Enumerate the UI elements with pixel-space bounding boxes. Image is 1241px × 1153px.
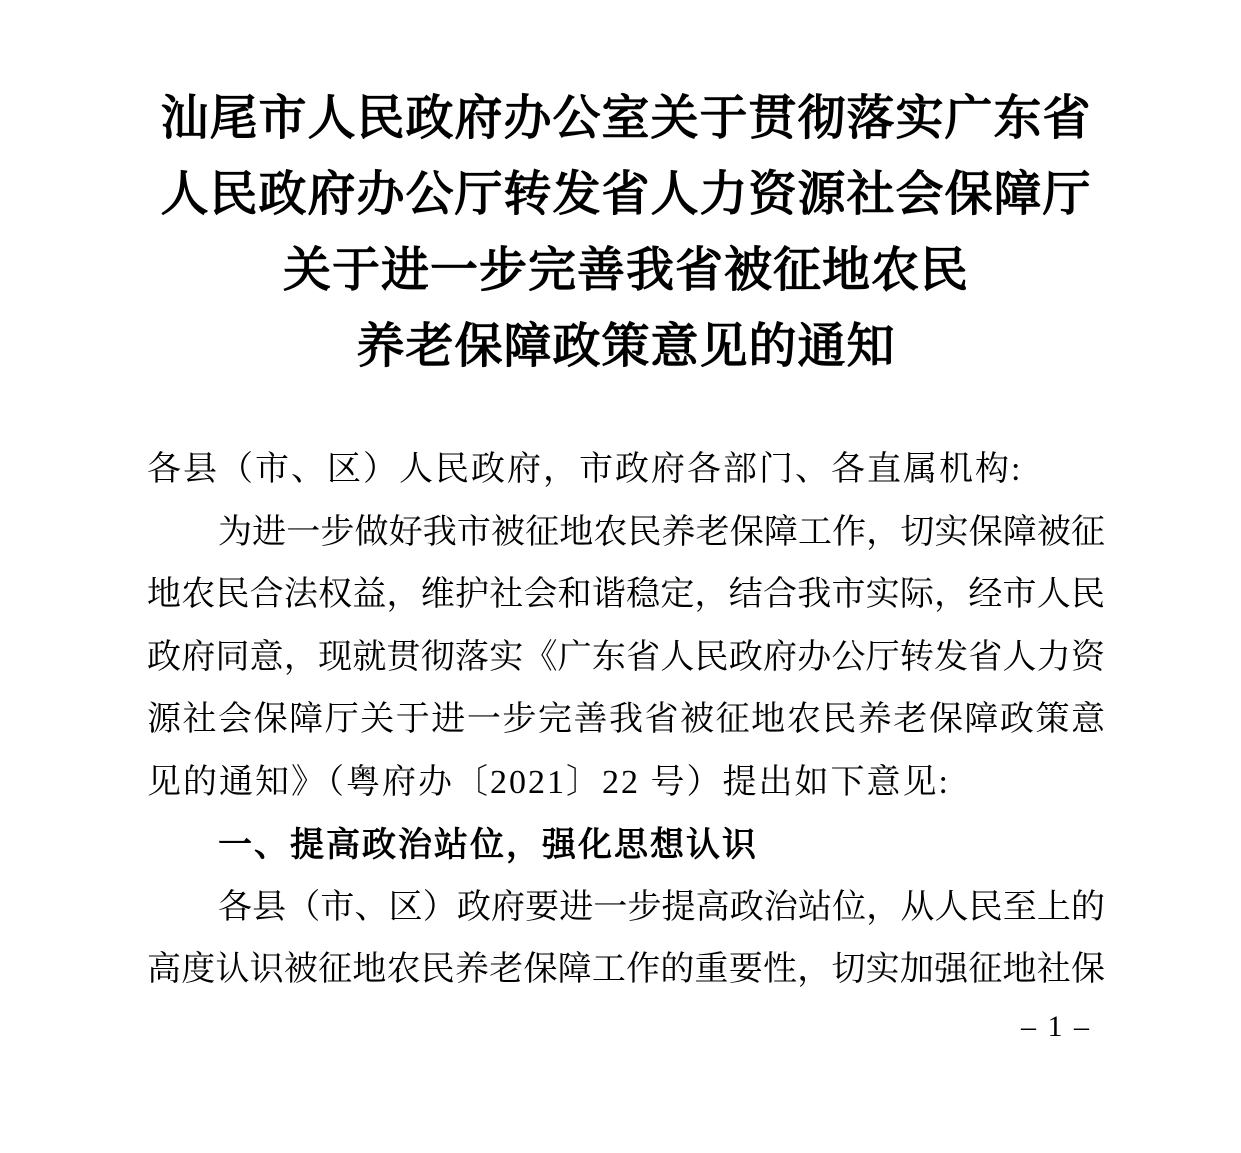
page-number: – 1 – — [1021, 1010, 1091, 1044]
body-line: 高度认识被征地农民养老保障工作的重要性，切实加强征地社保 — [147, 939, 1105, 1002]
document-title: 汕尾市人民政府办公室关于贯彻落实广东省 人民政府办公厅转发省人力资源社会保障厅 … — [147, 81, 1105, 385]
body-line: 各县（市、区）政府要进一步提高政治站位，从人民至上的 — [147, 877, 1105, 940]
body-line: 地农民合法权益，维护社会和谐稳定，结合我市实际，经市人民 — [147, 564, 1105, 627]
title-line-3: 关于进一步完善我省被征地农民 — [147, 233, 1105, 309]
body-line: 政府同意，现就贯彻落实《广东省人民政府办公厅转发省人力资 — [147, 627, 1105, 690]
document-body: 各县（市、区）人民政府，市政府各部门、各直属机构: 为进一步做好我市被征地农民养… — [147, 439, 1105, 1002]
title-line-1: 汕尾市人民政府办公室关于贯彻落实广东省 — [147, 81, 1105, 157]
section-heading: 一、提高政治站位，强化思想认识 — [147, 814, 1105, 877]
title-line-2: 人民政府办公厅转发省人力资源社会保障厅 — [147, 157, 1105, 233]
body-line: 为进一步做好我市被征地农民养老保障工作，切实保障被征 — [147, 502, 1105, 565]
salutation-line: 各县（市、区）人民政府，市政府各部门、各直属机构: — [147, 439, 1105, 502]
document-page: 汕尾市人民政府办公室关于贯彻落实广东省 人民政府办公厅转发省人力资源社会保障厅 … — [0, 0, 1241, 1153]
body-line: 源社会保障厅关于进一步完善我省被征地农民养老保障政策意 — [147, 689, 1105, 752]
title-line-4: 养老保障政策意见的通知 — [147, 309, 1105, 385]
body-line: 见的通知》（粤府办〔2021〕22 号）提出如下意见: — [147, 752, 1105, 815]
